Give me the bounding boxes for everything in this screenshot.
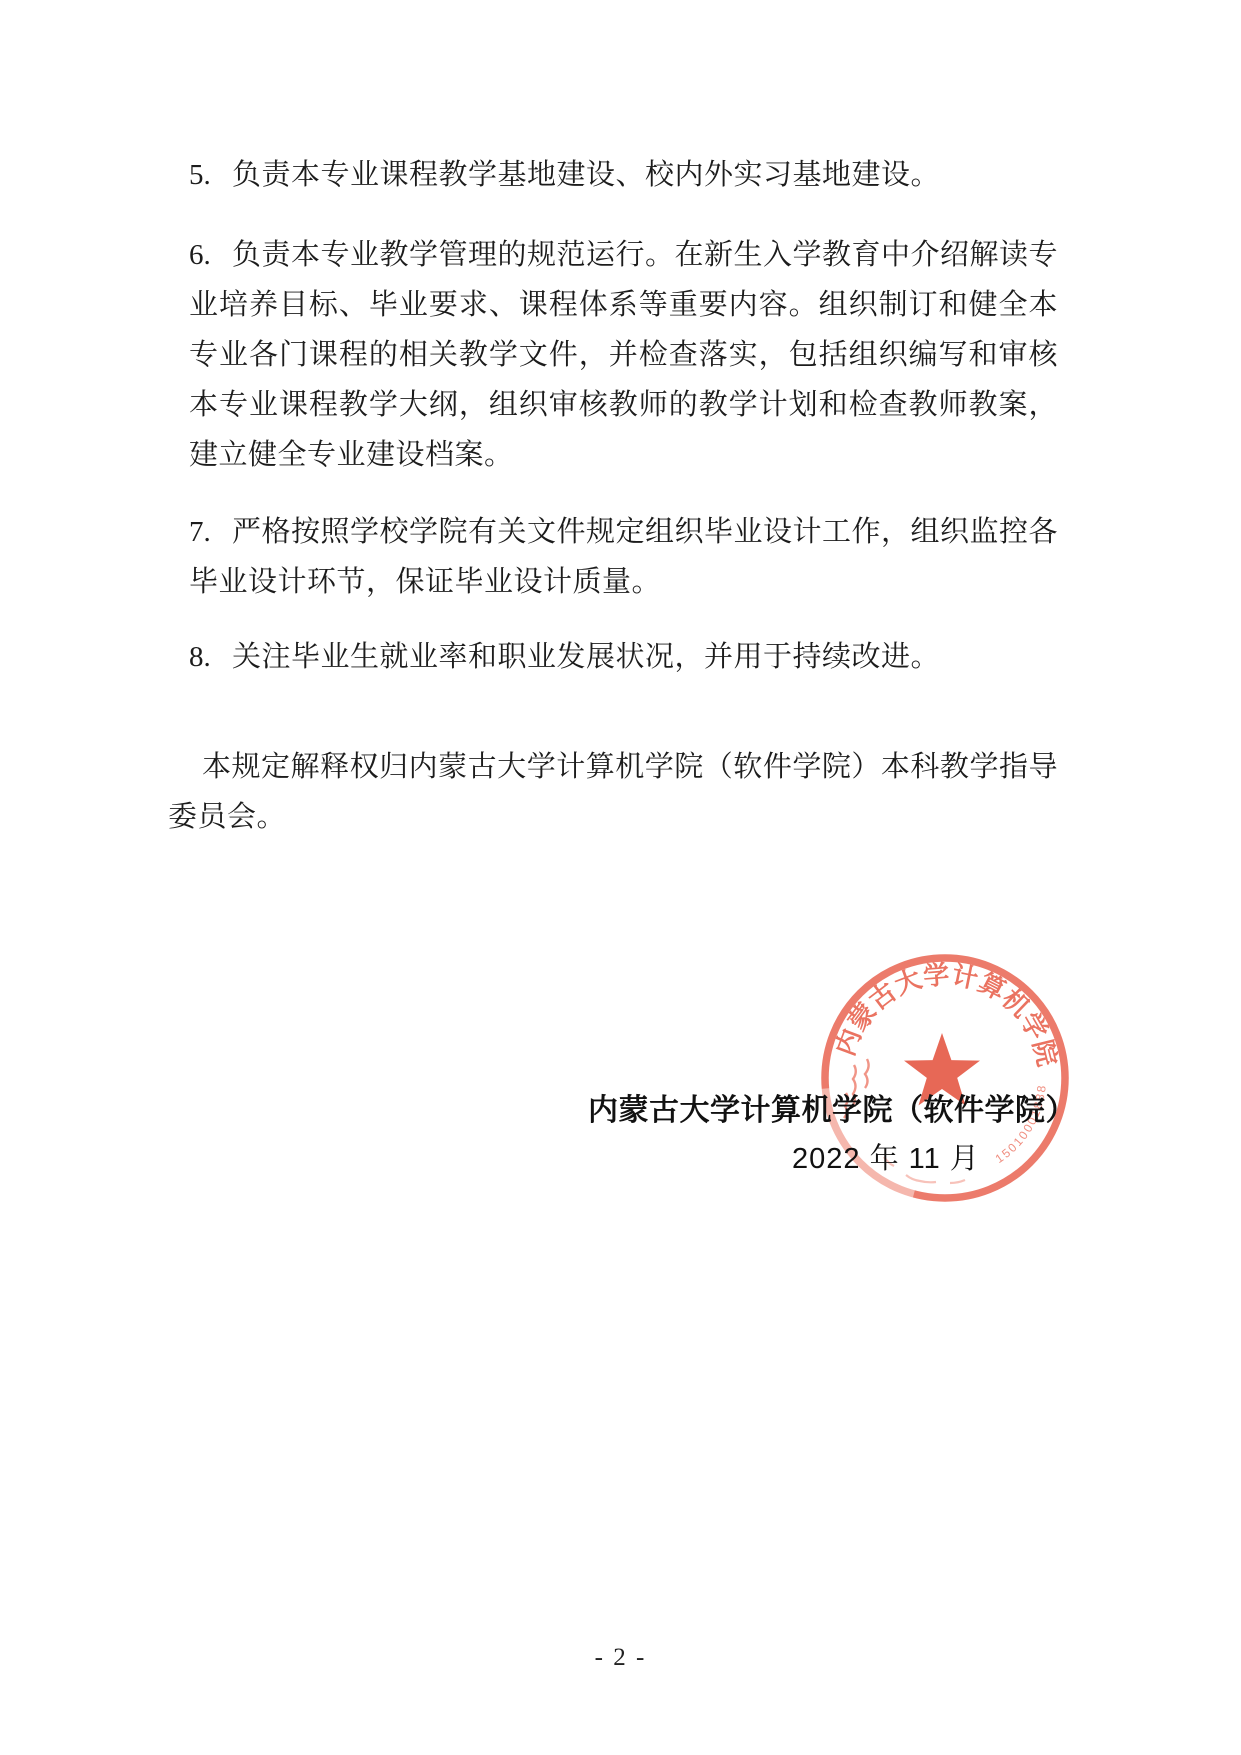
list-item-5: 5.负责本专业课程教学基地建设、校内外实习基地建设。: [189, 150, 1058, 200]
list-number: 8.: [189, 632, 232, 682]
page-number: - 2 -: [0, 1640, 1241, 1676]
list-item-text: 负责本专业课程教学基地建设、校内外实习基地建设。: [232, 159, 940, 191]
list-item-8: 8.关注毕业生就业率和职业发展状况，并用于持续改进。: [189, 632, 1058, 682]
closing-paragraph: 本规定解释权归内蒙古大学计算机学院（软件学院）本科教学指导委员会。: [168, 742, 1058, 842]
signature-date: 2022 年 11 月: [792, 1137, 980, 1181]
list-item-text: 负责本专业教学管理的规范运行。在新生入学教育中介绍解读专业培养目标、毕业要求、课…: [189, 239, 1058, 471]
list-number: 7.: [189, 507, 232, 557]
list-item-text: 严格按照学校学院有关文件规定组织毕业设计工作，组织监控各毕业设计环节，保证毕业设…: [189, 516, 1058, 598]
signature-organization: 内蒙古大学计算机学院（软件学院）: [588, 1089, 1076, 1133]
list-number: 6.: [189, 230, 232, 280]
list-item-6: 6.负责本专业教学管理的规范运行。在新生入学教育中介绍解读专业培养目标、毕业要求…: [189, 230, 1058, 480]
list-item-text: 关注毕业生就业率和职业发展状况，并用于持续改进。: [232, 641, 940, 673]
list-item-7: 7.严格按照学校学院有关文件规定组织毕业设计工作，组织监控各毕业设计环节，保证毕…: [189, 507, 1058, 607]
list-number: 5.: [189, 150, 232, 200]
document-page: 5.负责本专业课程教学基地建设、校内外实习基地建设。 6.负责本专业教学管理的规…: [0, 0, 1241, 1755]
